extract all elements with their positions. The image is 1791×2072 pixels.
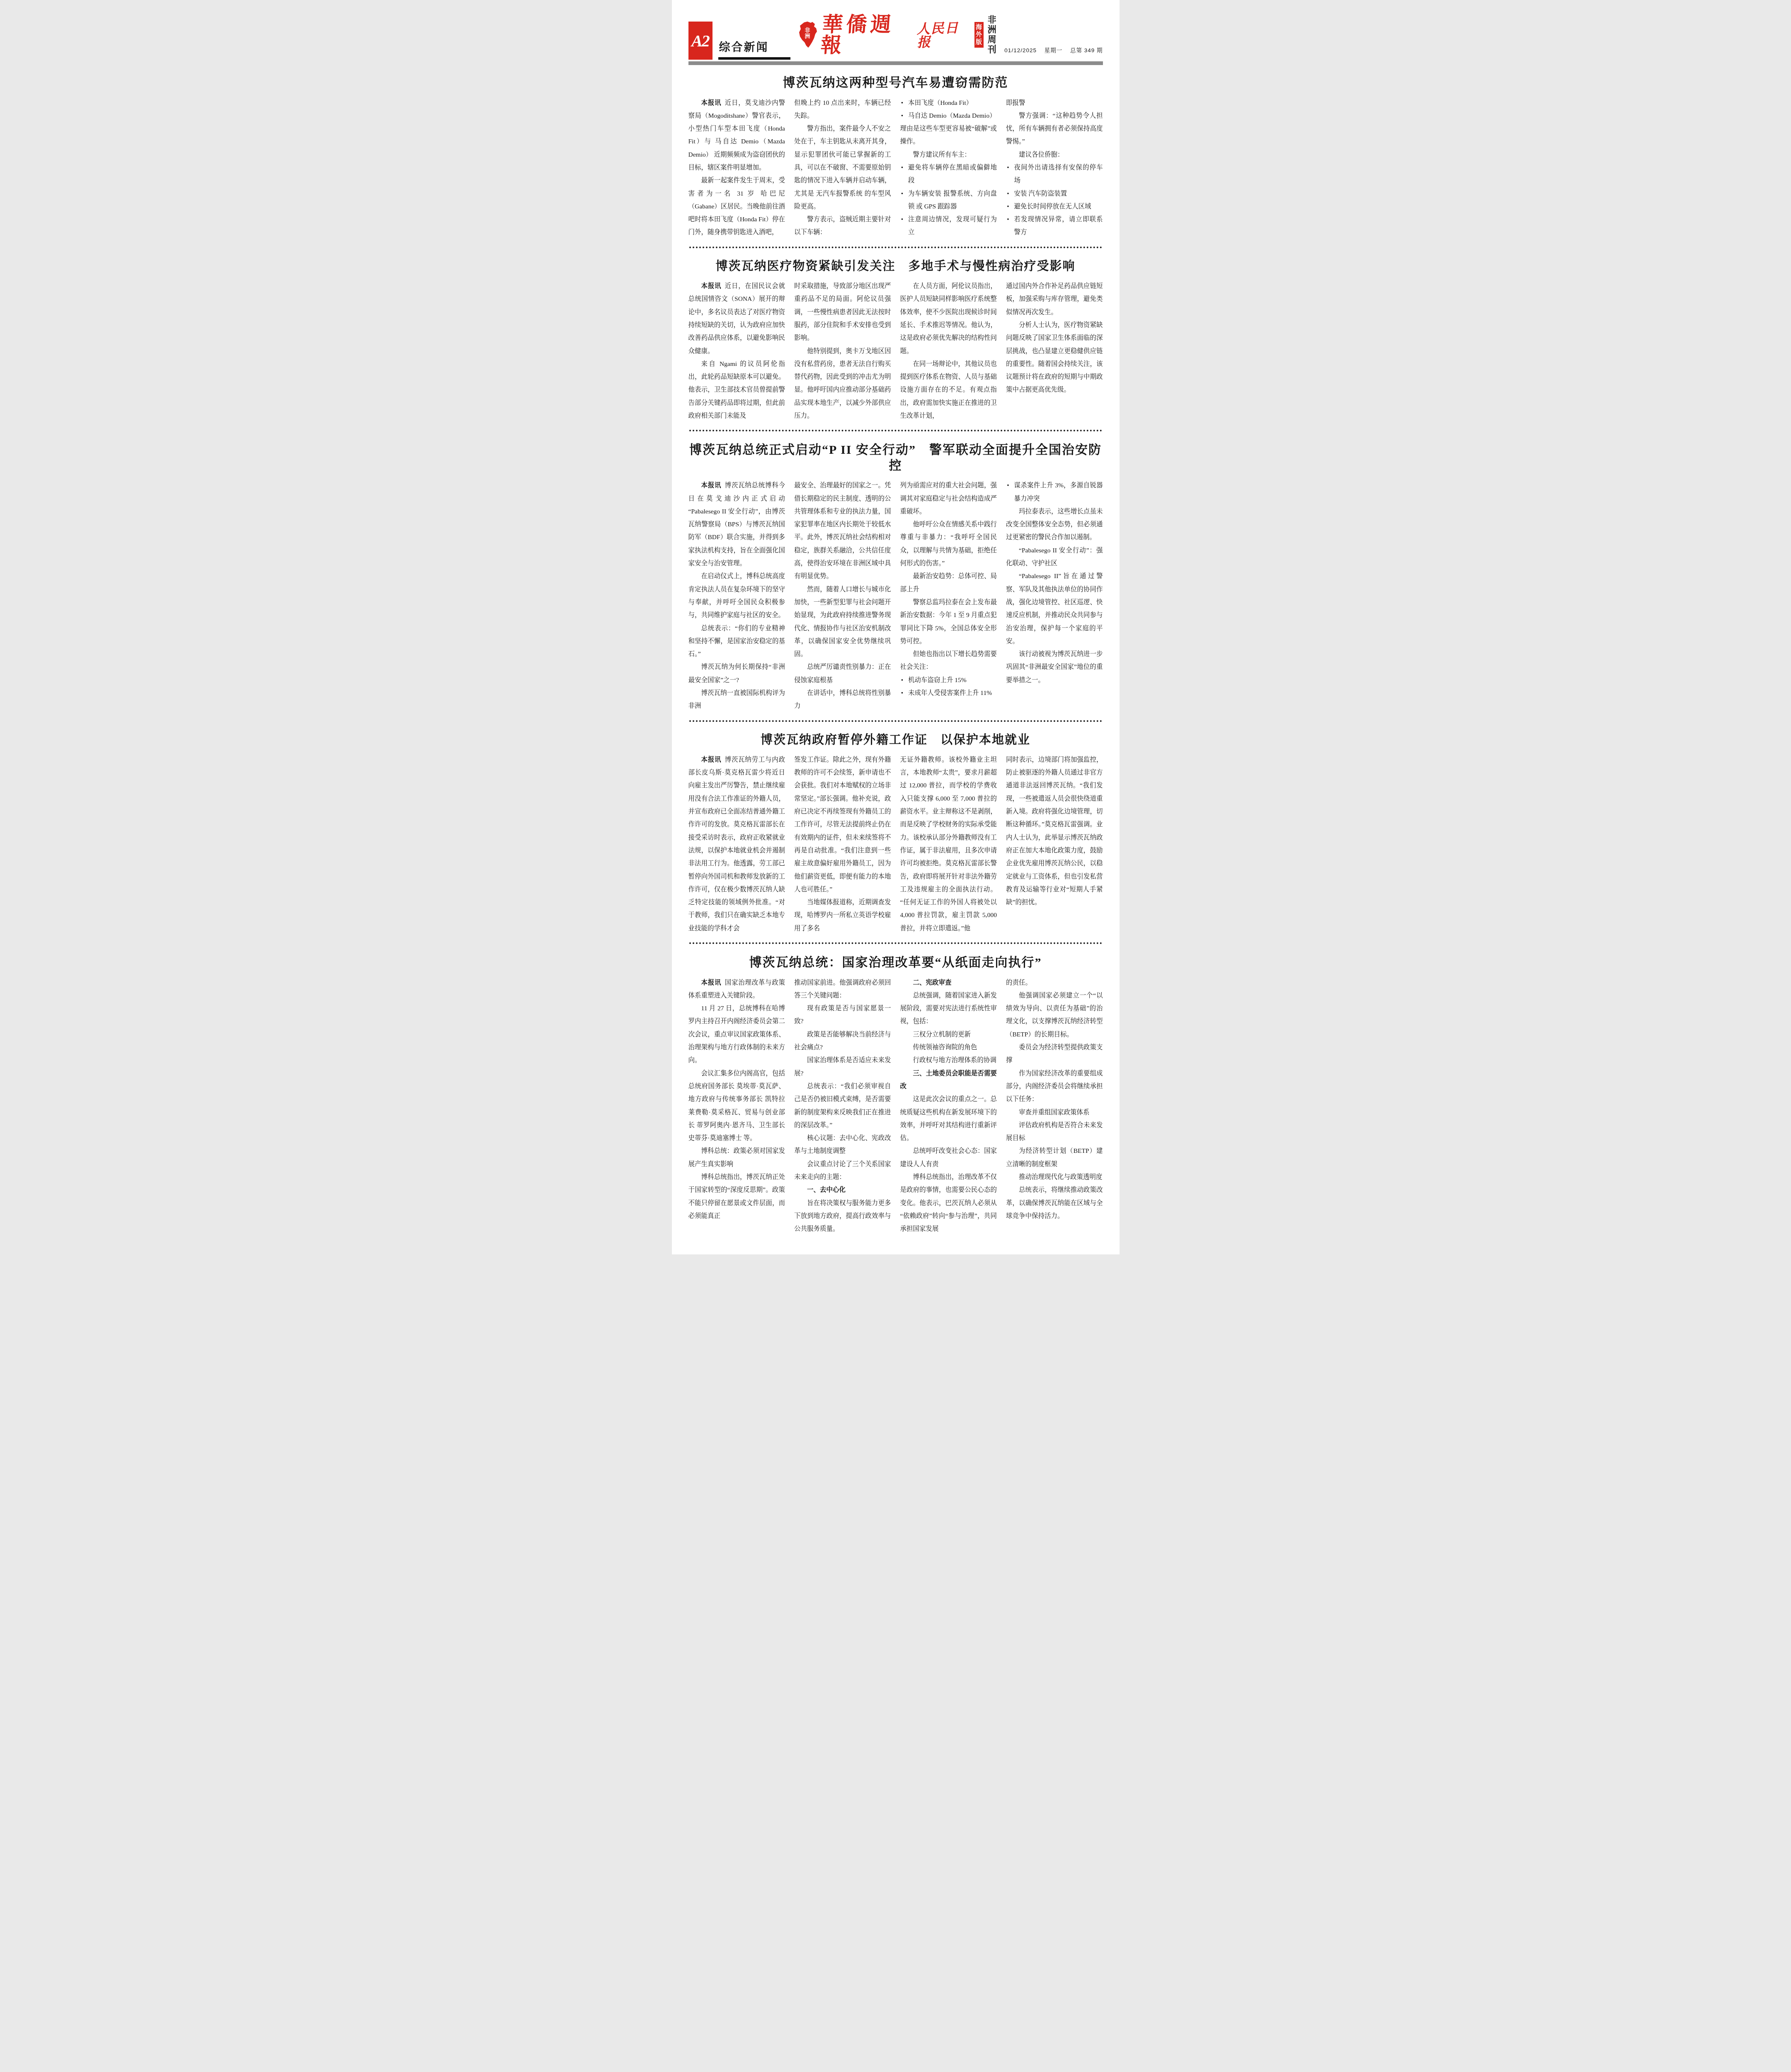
article-column: 签发工作证。除此之外，现有外籍教师的许可不会续签，新申请也不会获批。我们对本地赋… <box>794 753 891 935</box>
article-column: 本报讯博茨瓦纳总统博科今日在莫戈迪沙内正式启动“Pabalesego II 安全… <box>688 479 785 712</box>
paragraph: 推动国家前进。他强调政府必须回答三个关键问题： <box>794 976 891 1002</box>
paragraph: 本报讯博茨瓦纳总统博科今日在莫戈迪沙内正式启动“Pabalesego II 安全… <box>688 479 785 570</box>
article: 博茨瓦纳总统：国家治理改革要“从纸面走向执行”本报讯国家治理改革与政策体系重塑进… <box>688 945 1103 1235</box>
paragraph: 这是此次会议的重点之一。总统质疑这些机构在新发展环境下的效率，并呼吁对其结构进行… <box>900 1093 997 1145</box>
paragraph: 核心议题：去中心化、宪政改革与土地制度调整 <box>794 1132 891 1158</box>
article-column: 推动国家前进。他强调政府必须回答三个关键问题：现有政策是否与国家愿景一致?政策是… <box>794 976 891 1236</box>
paragraph: 总统表示：“我们必须审视自己是否仍被旧模式束缚，是否需要新的制度架构来反映我们正… <box>794 1080 891 1132</box>
paragraph: 通过国内外合作补足药品供应链短板，加强采购与库存管理，避免类似情况再次发生。 <box>1006 280 1103 319</box>
paragraph: 分析人士认为，医疗物资紧缺问题反映了国家卫生体系面临的深层挑战，也凸显建立更稳健… <box>1006 319 1103 397</box>
paragraph: 他特别提到，奥卡万戈地区因没有私营药房，患者无法自行购买替代药物，因此受到的冲击… <box>794 345 891 423</box>
paragraph: 警方表示，盗贼近期主要针对以下车辆： <box>794 213 891 239</box>
bullet-icon: • <box>1007 479 1009 492</box>
paragraph: 他强调国家必须建立一个“以绩效为导向、以责任为基础”的治理文化，以支撑博茨瓦纳经… <box>1006 989 1103 1041</box>
paragraph: 理由是这些车型更容易被“破解”或操作。 <box>900 122 997 148</box>
paragraph: 本报讯博茨瓦纳劳工与内政部长皮乌斯·莫克格瓦雷少将近日向雇主发出严厉警告，禁止继… <box>688 753 785 935</box>
paragraph: 来自 Ngami 的议员阿伦指出，此轮药品短缺原本可以避免。他表示，卫生部技术官… <box>688 358 785 422</box>
article: 博茨瓦纳政府暂停外籍工作证 以保护本地就业本报讯博茨瓦纳劳工与内政部长皮乌斯·莫… <box>688 723 1103 935</box>
article-column: 的责任。他强调国家必须建立一个“以绩效为导向、以责任为基础”的治理文化，以支撑博… <box>1006 976 1103 1236</box>
article: 博茨瓦纳这两种型号汽车易遭窃需防范本报讯近日，莫戈迪沙内警察局（Mogodits… <box>688 65 1103 239</box>
paragraph: 在人员方面，阿伦议员指出，医护人员短缺同样影响医疗系统整体效率，使不少医院出现候… <box>900 280 997 358</box>
article-separator <box>689 247 1102 248</box>
paragraph: 的责任。 <box>1006 976 1103 989</box>
paragraph: 但她也指出以下增长趋势需要社会关注： <box>900 648 997 674</box>
paragraph: 11 月 27 日，总统博科在哈博罗内主持召开内阁经济委员会第二次会议，重点审议… <box>688 1002 785 1067</box>
paragraph: 博茨瓦纳为何长期保持“非洲最安全国家”之一? <box>688 661 785 687</box>
bullet-icon: • <box>901 109 903 122</box>
article-column: 本报讯近日，在国民议会就总统国情咨文（SONA）展开的辩论中，多名议员表达了对医… <box>688 280 785 422</box>
edition-label: 非洲周刊 <box>988 15 1006 55</box>
byline-lead: 本报讯 <box>701 979 722 986</box>
paragraph: 列为亟需应对的重大社会问题，强调其对家庭稳定与社会结构造成严重破坏。 <box>900 479 997 518</box>
bullet-icon: • <box>1007 213 1009 226</box>
paragraph: 推动治理现代化与政策透明度 <box>1006 1171 1103 1184</box>
paragraph: 二、宪政审查 <box>900 976 997 989</box>
paragraph: 博科总统指出，治理改革不仅是政府的事情，也需要公民心态的变化。他表示，巴茨瓦纳人… <box>900 1171 997 1235</box>
article-column: 同时表示，边境部门将加强监控，防止被驱逐的外籍人员通过非官方通道非法返回博茨瓦纳… <box>1006 753 1103 935</box>
paragraph: 会议汇集多位内阁高官，包括总统府国务部长 莫埃蒂·莫瓦萨、地方政府与传统事务部长… <box>688 1067 785 1145</box>
bullet-item: •为车辆安装 报警系统、方向盘锁 或 GPS 跟踪器 <box>900 187 997 213</box>
masthead: 非洲 華僑週報 人民日报 海外版 非洲周刊 <box>798 14 1006 56</box>
bullet-item: •本田飞度（Honda Fit） <box>900 97 997 109</box>
paragraph: 传统领袖咨询院的角色 <box>900 1041 997 1054</box>
article-column: •谋杀案件上升 3%，多源自锐器暴力冲突玛拉泰表示，这些增长点虽未改变全国整体安… <box>1006 479 1103 712</box>
paragraph: 玛拉泰表示，这些增长点虽未改变全国整体安全态势，但必须通过更紧密的警民合作加以遏… <box>1006 505 1103 544</box>
bullet-icon: • <box>901 674 903 687</box>
paragraph: 总统强调，随着国家进入新发展阶段，需要对宪法进行系统性审视，包括： <box>900 989 997 1028</box>
paragraph: 即报警 <box>1006 97 1103 109</box>
paragraph: 当地媒体报道称，近期调查发现，哈博罗内一所私立英语学校雇用了多名 <box>794 896 891 935</box>
byline-lead: 本报讯 <box>701 99 722 107</box>
bullet-item: •避免将车辆停在黑暗或偏僻地段 <box>900 161 997 187</box>
paragraph: 评估政府机构是否符合未来发展目标 <box>1006 1119 1103 1145</box>
bullet-icon: • <box>901 213 903 226</box>
paragraph: 签发工作证。除此之外，现有外籍教师的许可不会续签，新申请也不会获批。我们对本地赋… <box>794 753 891 896</box>
article-column: 时采取措施，导致部分地区出现严重药品不足的局面。阿伦议员强调，一些慢性病患者因此… <box>794 280 891 422</box>
paragraph: 总统表示：“你们的专业精神和坚持不懈，是国家治安稳定的基石。” <box>688 622 785 661</box>
article-column: •本田飞度（Honda Fit）•马自达 Demio（Mazda Demio）理… <box>900 97 997 239</box>
bullet-item: •夜间外出请选择有安保的停车场 <box>1006 161 1103 187</box>
article-columns: 本报讯国家治理改革与政策体系重塑进入关键阶段。11 月 27 日，总统博科在哈博… <box>688 976 1103 1236</box>
bullet-item: •避免长时间停放在无人区域 <box>1006 200 1103 213</box>
paragraph: 现有政策是否与国家愿景一致? <box>794 1002 891 1028</box>
article-column: 在人员方面，阿伦议员指出，医护人员短缺同样影响医疗系统整体效率，使不少医院出现候… <box>900 280 997 422</box>
page-header: A2 综合新闻 非洲 華僑週報 人民日报 海外版 非洲周刊 01/12/2025… <box>688 11 1103 60</box>
paragraph: 在启动仪式上，博科总统高度肯定执法人员在复杂环境下的坚守与奉献，并呼吁全国民众积… <box>688 570 785 622</box>
paragraph: 为经济转型计划（BETP）建立清晰的制度框架 <box>1006 1145 1103 1171</box>
issue-number: 总第 349 期 <box>1070 47 1103 53</box>
paragraph: 警方指出，案件最令人不安之处在于，车主钥匙从未离开其身，显示犯罪团伙可能已掌握新… <box>794 122 891 213</box>
article-column: 二、宪政审查总统强调，随着国家进入新发展阶段，需要对宪法进行系统性审视，包括：三… <box>900 976 997 1236</box>
paragraph: 警方建议所有车主： <box>900 148 997 161</box>
bullet-item: •安装 汽车防盗装置 <box>1006 187 1103 200</box>
paragraph: 旨在将决策权与服务能力更多下放到地方政府，提高行政效率与公共服务质量。 <box>794 1197 891 1236</box>
article-column: 通过国内外合作补足药品供应链短板，加强采购与库存管理，避免类似情况再次发生。分析… <box>1006 280 1103 422</box>
bullet-icon: • <box>1007 187 1009 200</box>
dateline: 01/12/2025 星期一 总第 349 期 <box>999 46 1103 60</box>
bullet-icon: • <box>901 97 903 109</box>
paragraph: “Pabalesego II”旨在通过警察、军队及其他执法单位的协同作战，强化边… <box>1006 570 1103 648</box>
bullet-icon: • <box>901 161 903 174</box>
africa-map-icon: 非洲 <box>798 22 817 48</box>
masthead-title: 華僑週報 <box>820 14 914 56</box>
paragraph: 总统呼吁改变社会心态：国家建设人人有责 <box>900 1145 997 1171</box>
paragraph: 总统严厉谴责性别暴力：正在侵蚀家庭根基 <box>794 661 891 687</box>
paragraph: 国家治理体系是否适应未来发展? <box>794 1054 891 1080</box>
article: 博茨瓦纳总统正式启动“P II 安全行动” 警军联动全面提升全国治安防控本报讯博… <box>688 432 1103 712</box>
bullet-item: •若发现情况异常，请立即联系警方 <box>1006 213 1103 239</box>
header-divider-bar <box>688 61 1103 65</box>
bullet-item: •谋杀案件上升 3%，多源自锐器暴力冲突 <box>1006 479 1103 505</box>
article-columns: 本报讯博茨瓦纳总统博科今日在莫戈迪沙内正式启动“Pabalesego II 安全… <box>688 479 1103 712</box>
paragraph: 会议重点讨论了三个关系国家未来走向的主题： <box>794 1158 891 1184</box>
bullet-item: •注意周边情况，发现可疑行为立 <box>900 213 997 239</box>
paragraph: 本报讯近日，在国民议会就总统国情咨文（SONA）展开的辩论中，多名议员表达了对医… <box>688 280 785 358</box>
paragraph: 一、去中心化 <box>794 1184 891 1196</box>
article-title: 博茨瓦纳这两种型号汽车易遭窃需防范 <box>688 75 1103 91</box>
article: 博茨瓦纳医疗物资紧缺引发关注 多地手术与慢性病治疗受影响本报讯近日，在国民议会就… <box>688 249 1103 423</box>
paragraph: 最安全、治理最好的国家之一。凭借长期稳定的民主制度、透明的公共管理体系和专业的执… <box>794 479 891 583</box>
paragraph: 政策是否能够解决当前经济与社会痛点? <box>794 1028 891 1054</box>
section-title: 综合新闻 <box>718 42 790 60</box>
bullet-icon: • <box>1007 161 1009 174</box>
paragraph: “Pabalesego II 安全行动”：强化联动、守护社区 <box>1006 544 1103 570</box>
byline-lead: 本报讯 <box>701 482 722 489</box>
paragraph: 三、土地委员会职能是否需要改 <box>900 1067 997 1093</box>
paragraph: 但晚上约 10 点出来时，车辆已经失踪。 <box>794 97 891 123</box>
article-title: 博茨瓦纳医疗物资紧缺引发关注 多地手术与慢性病治疗受影响 <box>688 259 1103 274</box>
byline-lead: 本报讯 <box>701 283 722 290</box>
edition-box: 海外版 <box>974 22 984 48</box>
paragraph: 总统表示，将继续推动政策改革，以确保博茨瓦纳能在区域与全球竞争中保持活力。 <box>1006 1184 1103 1222</box>
article-separator <box>689 720 1102 722</box>
article-column: 最安全、治理最好的国家之一。凭借长期稳定的民主制度、透明的公共管理体系和专业的执… <box>794 479 891 712</box>
paragraph: 警察总监玛拉泰在会上发布最新治安数据：今年 1 至 9 月重点犯罪同比下降 5%… <box>900 596 997 648</box>
paragraph: 审查并重组国家政策体系 <box>1006 1106 1103 1119</box>
bullet-item: •机动车盗窃上升 15% <box>900 674 997 687</box>
newspaper-page: A2 综合新闻 非洲 華僑週報 人民日报 海外版 非洲周刊 01/12/2025… <box>672 0 1120 1254</box>
article-column: 但晚上约 10 点出来时，车辆已经失踪。警方指出，案件最令人不安之处在于，车主钥… <box>794 97 891 239</box>
paragraph: 该行动被视为博茨瓦纳进一步巩固其“非洲最安全国家”地位的重要举措之一。 <box>1006 648 1103 687</box>
paragraph: 时采取措施，导致部分地区出现严重药品不足的局面。阿伦议员强调，一些慢性病患者因此… <box>794 280 891 344</box>
bullet-item: •马自达 Demio（Mazda Demio） <box>900 109 997 122</box>
article-separator <box>689 430 1102 431</box>
paragraph: 作为国家经济改革的重要组成部分，内阁经济委员会将继续承担以下任务： <box>1006 1067 1103 1106</box>
paragraph: 行政权与地方治理体系的协调 <box>900 1054 997 1067</box>
bullet-item: •未成年人受侵害案件上升 11% <box>900 687 997 700</box>
africa-label: 非洲 <box>805 27 810 39</box>
date-text: 01/12/2025 <box>1004 47 1037 53</box>
article-column: 本报讯国家治理改革与政策体系重塑进入关键阶段。11 月 27 日，总统博科在哈博… <box>688 976 785 1236</box>
article-columns: 本报讯博茨瓦纳劳工与内政部长皮乌斯·莫克格瓦雷少将近日向雇主发出严厉警告，禁止继… <box>688 753 1103 935</box>
article-column: 本报讯近日，莫戈迪沙内警察局（Mogoditshane）警官表示，小型热门车型本… <box>688 97 785 239</box>
bullet-icon: • <box>901 187 903 200</box>
paragraph: 然而，随着人口增长与城市化加快，一些新型犯罪与社会问题开始显现，为此政府持续推进… <box>794 583 891 661</box>
paragraph: 博茨瓦纳一直被国际机构评为非洲 <box>688 687 785 713</box>
paragraph: 无证外籍教师。该校外籍业主坦言，本地教师“太贵”，要求月薪超过 12,000 普… <box>900 753 997 935</box>
bullet-icon: • <box>901 687 903 700</box>
paragraph: 在讲话中，博科总统将性别暴力 <box>794 687 891 713</box>
paragraph: 最新治安趋势：总体可控、局部上升 <box>900 570 997 596</box>
masthead-subtitle: 人民日报 <box>916 21 970 49</box>
byline-lead: 本报讯 <box>701 756 722 763</box>
article-column: 即报警警方强调：“这种趋势令人担忧，所有车辆拥有者必须保持高度警惕。”建议各位侨… <box>1006 97 1103 239</box>
page-number-badge: A2 <box>688 22 713 60</box>
paragraph: 三权分立机制的更新 <box>900 1028 997 1041</box>
paragraph: 同时表示，边境部门将加强监控，防止被驱逐的外籍人员通过非官方通道非法返回博茨瓦纳… <box>1006 753 1103 909</box>
article-title: 博茨瓦纳总统：国家治理改革要“从纸面走向执行” <box>688 955 1103 971</box>
articles: 博茨瓦纳这两种型号汽车易遭窃需防范本报讯近日，莫戈迪沙内警察局（Mogodits… <box>688 65 1103 1235</box>
paragraph: 建议各位侨胞： <box>1006 148 1103 161</box>
article-separator <box>689 942 1102 944</box>
paragraph: 博科总统：政策必须对国家发展产生真实影响 <box>688 1145 785 1171</box>
article-column: 本报讯博茨瓦纳劳工与内政部长皮乌斯·莫克格瓦雷少将近日向雇主发出严厉警告，禁止继… <box>688 753 785 935</box>
paragraph: 博科总统指出，博茨瓦纳正处于国家转型的“深度反思期”。政策不能只停留在愿景或文件… <box>688 1171 785 1222</box>
paragraph: 警方强调：“这种趋势令人担忧，所有车辆拥有者必须保持高度警惕。” <box>1006 109 1103 148</box>
paragraph: 委员会为经济转型提供政策支撑 <box>1006 1041 1103 1067</box>
paragraph: 本报讯国家治理改革与政策体系重塑进入关键阶段。 <box>688 976 785 1002</box>
paragraph: 本报讯近日，莫戈迪沙内警察局（Mogoditshane）警官表示，小型热门车型本… <box>688 97 785 174</box>
article-title: 博茨瓦纳政府暂停外籍工作证 以保护本地就业 <box>688 733 1103 748</box>
article-column: 列为亟需应对的重大社会问题，强调其对家庭稳定与社会结构造成严重破坏。他呼吁公众在… <box>900 479 997 712</box>
paragraph: 最新一起案件发生于周末，受害者为一名 31 岁 哈巴尼（Gabane）区居民。当… <box>688 174 785 239</box>
article-columns: 本报讯近日，莫戈迪沙内警察局（Mogoditshane）警官表示，小型热门车型本… <box>688 97 1103 239</box>
paragraph: 他呼吁公众在情感关系中践行尊重与非暴力：“我呼吁全国民众，以理解与共情为基础，拒… <box>900 518 997 570</box>
article-title: 博茨瓦纳总统正式启动“P II 安全行动” 警军联动全面提升全国治安防控 <box>688 442 1103 473</box>
bullet-icon: • <box>1007 200 1009 213</box>
weekday-text: 星期一 <box>1045 47 1063 53</box>
header-left: A2 综合新闻 <box>688 22 790 60</box>
article-column: 无证外籍教师。该校外籍业主坦言，本地教师“太贵”，要求月薪超过 12,000 普… <box>900 753 997 935</box>
paragraph: 在同一场辩论中，其他议员也提到医疗体系在物资、人员与基础设施方面存在的不足。有观… <box>900 358 997 422</box>
article-columns: 本报讯近日，在国民议会就总统国情咨文（SONA）展开的辩论中，多名议员表达了对医… <box>688 280 1103 422</box>
